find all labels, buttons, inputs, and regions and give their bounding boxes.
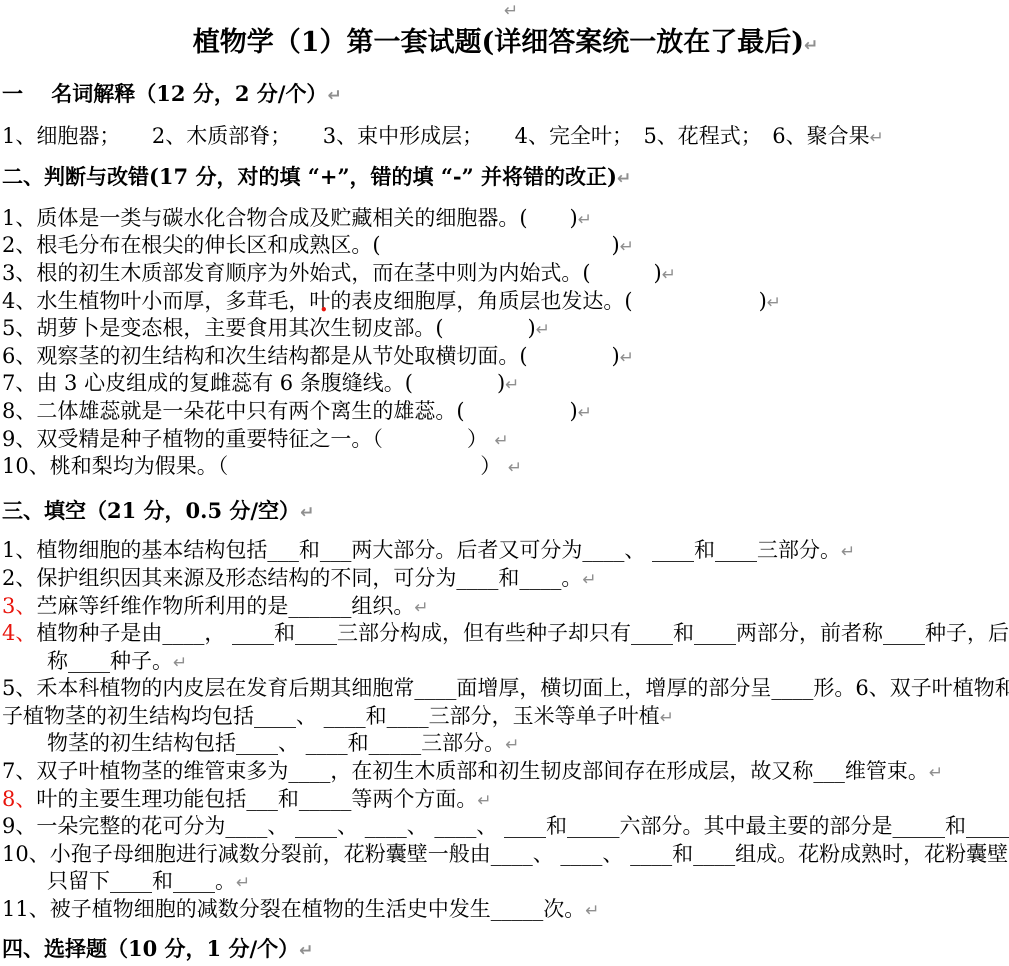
item-text: 3、根的初生木质部发育顺序为外始式，而在茎中则为内始式。( ) bbox=[2, 261, 662, 285]
item-text: 1、质体是一类与碳水化合物合成及贮藏相关的细胞器。( ) bbox=[2, 206, 578, 230]
return-mark: ↵ bbox=[578, 403, 592, 423]
return-mark: ↵ bbox=[505, 375, 519, 395]
return-mark: ↵ bbox=[620, 348, 634, 368]
item-text: 物茎的初生结构包括____、 ____和_____三部分。 bbox=[47, 731, 505, 755]
return-mark: ↵ bbox=[504, 1, 518, 21]
page-title: 植物学（1）第一套试题(详细答案统一放在了最后)↵ bbox=[2, 22, 1009, 64]
fill-item-2: 2、保护组织因其来源及形态结构的不同，可分为____和____。↵ bbox=[2, 565, 1009, 593]
judge-item-3: 3、根的初生木质部发育顺序为外始式，而在茎中则为内始式。( )↵ bbox=[2, 260, 1009, 288]
judge-item-6: 6、观察茎的初生结构和次生结构都是从节处取横切面。( )↵ bbox=[2, 343, 1009, 371]
section-2-heading: 二、判断与改错(17 分，对的填 “+”，错的填 “-” 并将错的改正)↵ bbox=[2, 163, 1009, 191]
terms-line: 1、细胞器； 2、木质部脊； 3、束中形成层； 4、完全叶； 5、花程式； 6、… bbox=[2, 123, 1009, 151]
item-text: 8、二体雄蕊就是一朵花中只有两个离生的雄蕊。( ) bbox=[2, 399, 578, 423]
spellcheck-dot-icon: • bbox=[319, 303, 328, 318]
return-mark: ↵ bbox=[841, 542, 855, 562]
page-title-text: 植物学（1）第一套试题(详细答案统一放在了最后) bbox=[193, 27, 804, 58]
section-4-heading: 四、选择题（10 分，1 分/个）↵ bbox=[2, 935, 1009, 963]
terms-text: 1、细胞器； 2、木质部脊； 3、束中形成层； 4、完全叶； 5、花程式； 6、… bbox=[2, 124, 870, 148]
item-text: 的表皮细胞厚，角质层也发达。( ) bbox=[330, 289, 766, 313]
heading-text: 二、判断与改错(17 分，对的填 “+”，错的填 “-” 并将错的改正) bbox=[2, 164, 617, 189]
return-mark: ↵ bbox=[578, 210, 592, 230]
item-text: 9、双受精是种子植物的重要特征之一。（ ） bbox=[2, 427, 495, 451]
return-mark: ↵ bbox=[870, 128, 884, 148]
return-mark: ↵ bbox=[767, 293, 781, 313]
item-text: 5、禾本科植物的内皮层在发育后期其细胞常____面增厚，横切面上，增厚的部分呈_… bbox=[2, 676, 1009, 700]
heading-text: 四、选择题（10 分，1 分/个） bbox=[2, 936, 299, 961]
fill-item-10-line-1: 10、小孢子母细胞进行减数分裂前，花粉囊壁一般由____、 ____、 ____… bbox=[2, 841, 1009, 869]
item-text: 10、桃和梨均为假果。（ ） bbox=[2, 454, 508, 478]
fill-item-5-6-line-3: 物茎的初生结构包括____、 ____和_____三部分。↵ bbox=[2, 730, 1009, 758]
item-text: 11、被子植物细胞的减数分裂在植物的生活史中发生_____次。 bbox=[2, 897, 585, 921]
item-text: 4、水生植物叶小而厚，多茸毛， bbox=[2, 289, 309, 313]
item-text: 10、小孢子母细胞进行减数分裂前，花粉囊壁一般由____、 ____、 ____… bbox=[2, 842, 1009, 866]
judge-item-8: 8、二体雄蕊就是一朵花中只有两个离生的雄蕊。( )↵ bbox=[2, 398, 1009, 426]
spellcheck-marked-char: 叶• bbox=[309, 288, 330, 316]
return-mark: ↵ bbox=[173, 653, 187, 673]
fill-item-10-line-2: 只留下____和____。↵ bbox=[2, 868, 1009, 896]
item-number-red: 3、 bbox=[2, 594, 36, 618]
return-mark: ↵ bbox=[327, 86, 341, 106]
return-mark: ↵ bbox=[536, 320, 550, 340]
judge-item-1: 1、质体是一类与碳水化合物合成及贮藏相关的细胞器。( )↵ bbox=[2, 205, 1009, 233]
fill-item-3: 3、苎麻等纤维作物所利用的是______组织。↵ bbox=[2, 593, 1009, 621]
return-mark: ↵ bbox=[929, 763, 943, 783]
fill-item-5-6-line-1: 5、禾本科植物的内皮层在发育后期其细胞常____面增厚，横切面上，增厚的部分呈_… bbox=[2, 675, 1009, 703]
return-mark: ↵ bbox=[620, 237, 634, 257]
return-mark: ↵ bbox=[495, 431, 509, 451]
judge-item-9: 9、双受精是种子植物的重要特征之一。（ ） ↵ bbox=[2, 426, 1009, 454]
fill-item-7: 7、双子叶植物茎的维管束多为____，在初生木质部和初生韧皮部间存在形成层，故又… bbox=[2, 758, 1009, 786]
return-mark: ↵ bbox=[582, 570, 596, 590]
item-text: 6、观察茎的初生结构和次生结构都是从节处取横切面。( ) bbox=[2, 344, 620, 368]
item-number-red: 4、 bbox=[2, 621, 36, 645]
judge-item-5: 5、胡萝卜是变态根，主要食用其次生韧皮部。( )↵ bbox=[2, 315, 1009, 343]
return-mark: ↵ bbox=[299, 941, 313, 961]
item-text: 植物种子是由____， ____和____三部分构成，但有些种子却只有____和… bbox=[36, 621, 1009, 645]
item-text: 只留下____和____。 bbox=[47, 869, 236, 893]
fill-item-8: 8、叶的主要生理功能包括___和_____等两个方面。↵ bbox=[2, 786, 1009, 814]
return-mark: ↵ bbox=[508, 458, 522, 478]
return-mark: ↵ bbox=[660, 708, 674, 728]
item-text: 子植物茎的初生结构均包括____、 ____和____三部分，玉米等单子叶植 bbox=[2, 704, 660, 728]
judge-item-4: 4、水生植物叶小而厚，多茸毛，叶•的表皮细胞厚，角质层也发达。( )↵ bbox=[2, 288, 1009, 316]
return-mark: ↵ bbox=[662, 265, 676, 285]
item-text: 5、胡萝卜是变态根，主要食用其次生韧皮部。( ) bbox=[2, 316, 536, 340]
return-mark: ↵ bbox=[414, 598, 428, 618]
fill-item-4-line-2: 称____种子。↵ bbox=[2, 648, 1009, 676]
heading-text: 三、填空（21 分，0.5 分/空） bbox=[2, 498, 300, 523]
item-text: 叶的主要生理功能包括___和_____等两个方面。 bbox=[36, 787, 477, 811]
empty-paragraph: ↵ bbox=[2, 0, 1009, 20]
return-mark: ↵ bbox=[300, 503, 314, 523]
return-mark: ↵ bbox=[236, 873, 250, 893]
fill-item-5-6-line-2: 子植物茎的初生结构均包括____、 ____和____三部分，玉米等单子叶植↵ bbox=[2, 703, 1009, 731]
item-text: 苎麻等纤维作物所利用的是______组织。 bbox=[36, 594, 414, 618]
item-text: 7、双子叶植物茎的维管束多为____，在初生木质部和初生韧皮部间存在形成层，故又… bbox=[2, 759, 929, 783]
return-mark: ↵ bbox=[585, 901, 599, 921]
section-3-heading: 三、填空（21 分，0.5 分/空）↵ bbox=[2, 497, 1009, 525]
item-text: 称____种子。 bbox=[47, 649, 173, 673]
judge-item-10: 10、桃和梨均为假果。（ ） ↵ bbox=[2, 453, 1009, 481]
return-mark: ↵ bbox=[804, 36, 818, 56]
item-text: 1、植物细胞的基本结构包括___和___两大部分。后者又可分为____、 ___… bbox=[2, 538, 841, 562]
judge-item-2: 2、根毛分布在根尖的伸长区和成熟区。( )↵ bbox=[2, 232, 1009, 260]
item-number-red: 8、 bbox=[2, 787, 36, 811]
fill-item-4-line-1: 4、植物种子是由____， ____和____三部分构成，但有些种子却只有___… bbox=[2, 620, 1009, 648]
item-text: 9、一朵完整的花可分为____、 ____、 ____、 ____、 ____和… bbox=[2, 814, 1009, 838]
return-mark: ↵ bbox=[505, 735, 519, 755]
judge-item-7: 7、由 3 心皮组成的复雌蕊有 6 条腹缝线。( )↵ bbox=[2, 370, 1009, 398]
exam-document: ↵ 植物学（1）第一套试题(详细答案统一放在了最后)↵ 一 名词解释（12 分，… bbox=[0, 0, 1009, 962]
item-text: 2、根毛分布在根尖的伸长区和成熟区。( ) bbox=[2, 233, 620, 257]
item-text: 2、保护组织因其来源及形态结构的不同，可分为____和____。 bbox=[2, 566, 582, 590]
return-mark: ↵ bbox=[477, 791, 491, 811]
return-mark: ↵ bbox=[617, 169, 631, 189]
fill-item-1: 1、植物细胞的基本结构包括___和___两大部分。后者又可分为____、 ___… bbox=[2, 537, 1009, 565]
item-text: 7、由 3 心皮组成的复雌蕊有 6 条腹缝线。( ) bbox=[2, 371, 505, 395]
fill-item-11: 11、被子植物细胞的减数分裂在植物的生活史中发生_____次。↵ bbox=[2, 896, 1009, 924]
fill-item-9: 9、一朵完整的花可分为____、 ____、 ____、 ____、 ____和… bbox=[2, 813, 1009, 841]
heading-text: 一 名词解释（12 分，2 分/个） bbox=[2, 81, 327, 106]
section-1-heading: 一 名词解释（12 分，2 分/个）↵ bbox=[2, 80, 1009, 108]
